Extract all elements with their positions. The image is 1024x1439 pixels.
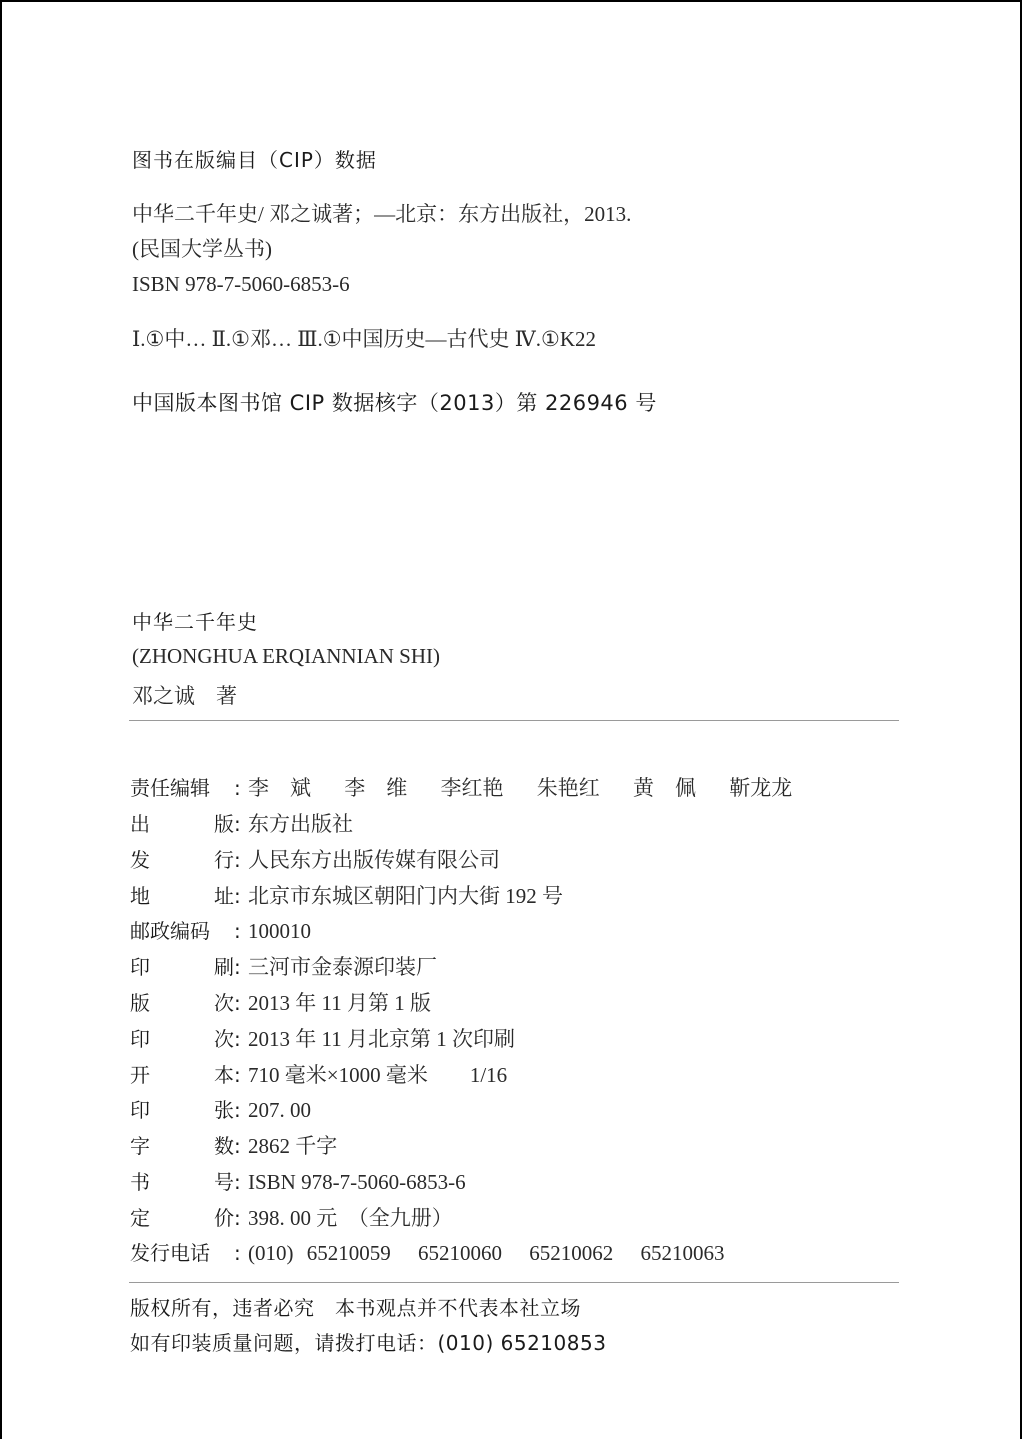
label-char: 定: [130, 1202, 150, 1231]
label-char: 张: [214, 1094, 234, 1123]
editor-name: 李 维: [344, 776, 407, 800]
label-char: 地: [130, 880, 150, 909]
editor-name: 李红艳: [441, 776, 504, 800]
detail-value: 三河市金泰源印装厂: [248, 951, 437, 981]
editor-name: 朱艳红: [537, 776, 600, 800]
detail-label: 印次: [130, 1023, 234, 1052]
label-char: 价: [214, 1202, 234, 1231]
detail-label: 书号: [130, 1166, 234, 1195]
book-title-pinyin: (ZHONGHUA ERQIANNIAN SHI): [132, 644, 440, 669]
cip-isbn: ISBN 978-7-5060-6853-6: [132, 272, 350, 297]
detail-value: 东方出版社: [248, 808, 353, 838]
detail-row: 印张:207. 00: [130, 1094, 311, 1124]
detail-label: 邮政编码: [130, 915, 234, 944]
detail-row: 出版:东方出版社: [130, 808, 353, 838]
colon: :: [234, 1134, 248, 1158]
detail-value: 398. 00 元 （全九册）: [248, 1202, 453, 1232]
cip-citation: 中华二千年史/ 邓之诚著；—北京：东方出版社，2013.: [132, 198, 631, 228]
label-char: 发: [130, 844, 150, 873]
detail-row-editors: 责任编辑 : 李 斌 李 维 李红艳 朱艳红 黄 佩 靳龙龙: [130, 772, 820, 802]
detail-value: 2013 年 11 月第 1 版: [248, 987, 431, 1017]
editor-name: 李 斌: [248, 776, 311, 800]
phone-numbers: (010) 65210059 65210060 65210062 6521006…: [248, 1241, 747, 1266]
label-char: 数: [214, 1130, 234, 1159]
detail-label: 印刷: [130, 951, 234, 980]
detail-label: 责任编辑: [130, 772, 234, 801]
colon: :: [234, 1098, 248, 1122]
divider: [129, 720, 899, 721]
detail-value: 100010: [248, 919, 311, 944]
detail-label: 印张: [130, 1094, 234, 1123]
label-char: 行: [214, 844, 234, 873]
colon: :: [234, 991, 248, 1015]
label-char: 印: [130, 1023, 150, 1052]
phone-number: 65210063: [641, 1241, 725, 1265]
detail-label: 地址: [130, 880, 234, 909]
label-char: 版: [214, 808, 234, 837]
phone-number: 65210059: [307, 1241, 391, 1265]
detail-row: 开本:710 毫米×1000 毫米 1/16: [130, 1059, 507, 1089]
detail-label: 定价: [130, 1202, 234, 1231]
cip-classification: Ⅰ.①中… Ⅱ.①邓… Ⅲ.①中国历史—古代史 Ⅳ.①K22: [132, 323, 596, 353]
colon: :: [234, 1206, 248, 1230]
label-char: 次: [214, 987, 234, 1016]
label-char: 字: [130, 1130, 150, 1159]
detail-row: 邮政编码:100010: [130, 915, 311, 945]
detail-value: 207. 00: [248, 1098, 311, 1123]
book-author: 邓之诚 著: [132, 680, 237, 710]
colon: :: [234, 812, 248, 836]
editor-names: 李 斌 李 维 李红艳 朱艳红 黄 佩 靳龙龙: [248, 772, 820, 802]
detail-row: 印刷:三河市金泰源印装厂: [130, 951, 437, 981]
detail-row: 定价:398. 00 元 （全九册）: [130, 1202, 453, 1232]
detail-value: 2862 千字: [248, 1130, 337, 1160]
label-char: 址: [214, 880, 234, 909]
cip-record-number: 中国版本图书馆 CIP 数据核字（2013）第 226946 号: [132, 387, 657, 417]
label-char: 出: [130, 808, 150, 837]
detail-row: 地址:北京市东城区朝阳门内大街 192 号: [130, 880, 563, 910]
quality-hotline: 如有印装质量问题，请拨打电话：(010) 65210853: [130, 1327, 606, 1356]
cip-series: (民国大学丛书): [132, 233, 272, 263]
area-code: (010): [248, 1241, 294, 1265]
label-char: 次: [214, 1023, 234, 1052]
label-char: 印: [130, 951, 150, 980]
divider: [129, 1282, 899, 1283]
phone-number: 65210060: [418, 1241, 502, 1265]
colon: :: [234, 1241, 248, 1265]
detail-label: 版次: [130, 987, 234, 1016]
copyright-page: 图书在版编目（CIP）数据 中华二千年史/ 邓之诚著；—北京：东方出版社，201…: [0, 0, 1022, 1439]
detail-value: ISBN 978-7-5060-6853-6: [248, 1170, 466, 1195]
detail-row: 书号:ISBN 978-7-5060-6853-6: [130, 1166, 466, 1196]
phone-number: 65210062: [529, 1241, 613, 1265]
editor-name: 黄 佩: [633, 776, 696, 800]
book-title: 中华二千年史: [132, 606, 258, 635]
detail-row: 发行:人民东方出版传媒有限公司: [130, 844, 500, 874]
cip-heading: 图书在版编目（CIP）数据: [132, 144, 377, 173]
colon: :: [234, 1063, 248, 1087]
label-char: 开: [130, 1059, 150, 1088]
colon: :: [234, 848, 248, 872]
detail-label: 开本: [130, 1059, 234, 1088]
detail-value: 710 毫米×1000 毫米 1/16: [248, 1059, 507, 1089]
detail-row-phone: 发行电话 : (010) 65210059 65210060 65210062 …: [130, 1237, 747, 1267]
copyright-notice: 版权所有，违者必究 本书观点并不代表本社立场: [130, 1292, 581, 1321]
label-char: 书: [130, 1166, 150, 1195]
label-char: 版: [130, 987, 150, 1016]
label-char: 号: [214, 1166, 234, 1195]
colon: :: [234, 955, 248, 979]
colon: :: [234, 919, 248, 943]
label-char: 印: [130, 1094, 150, 1123]
detail-label: 发行: [130, 844, 234, 873]
detail-value: 人民东方出版传媒有限公司: [248, 844, 500, 874]
colon: :: [234, 1027, 248, 1051]
detail-label: 出版: [130, 808, 234, 837]
detail-value: 北京市东城区朝阳门内大街 192 号: [248, 880, 563, 910]
detail-row: 印次:2013 年 11 月北京第 1 次印刷: [130, 1023, 515, 1053]
detail-label: 字数: [130, 1130, 234, 1159]
colon: :: [234, 884, 248, 908]
label-char: 本: [214, 1059, 234, 1088]
editor-name: 靳龙龙: [729, 776, 792, 800]
label-char: 刷: [214, 951, 234, 980]
detail-row: 字数:2862 千字: [130, 1130, 337, 1160]
detail-label: 发行电话: [130, 1237, 234, 1266]
colon: :: [234, 1170, 248, 1194]
detail-row: 版次:2013 年 11 月第 1 版: [130, 987, 431, 1017]
detail-value: 2013 年 11 月北京第 1 次印刷: [248, 1023, 515, 1053]
colon: :: [234, 776, 248, 800]
